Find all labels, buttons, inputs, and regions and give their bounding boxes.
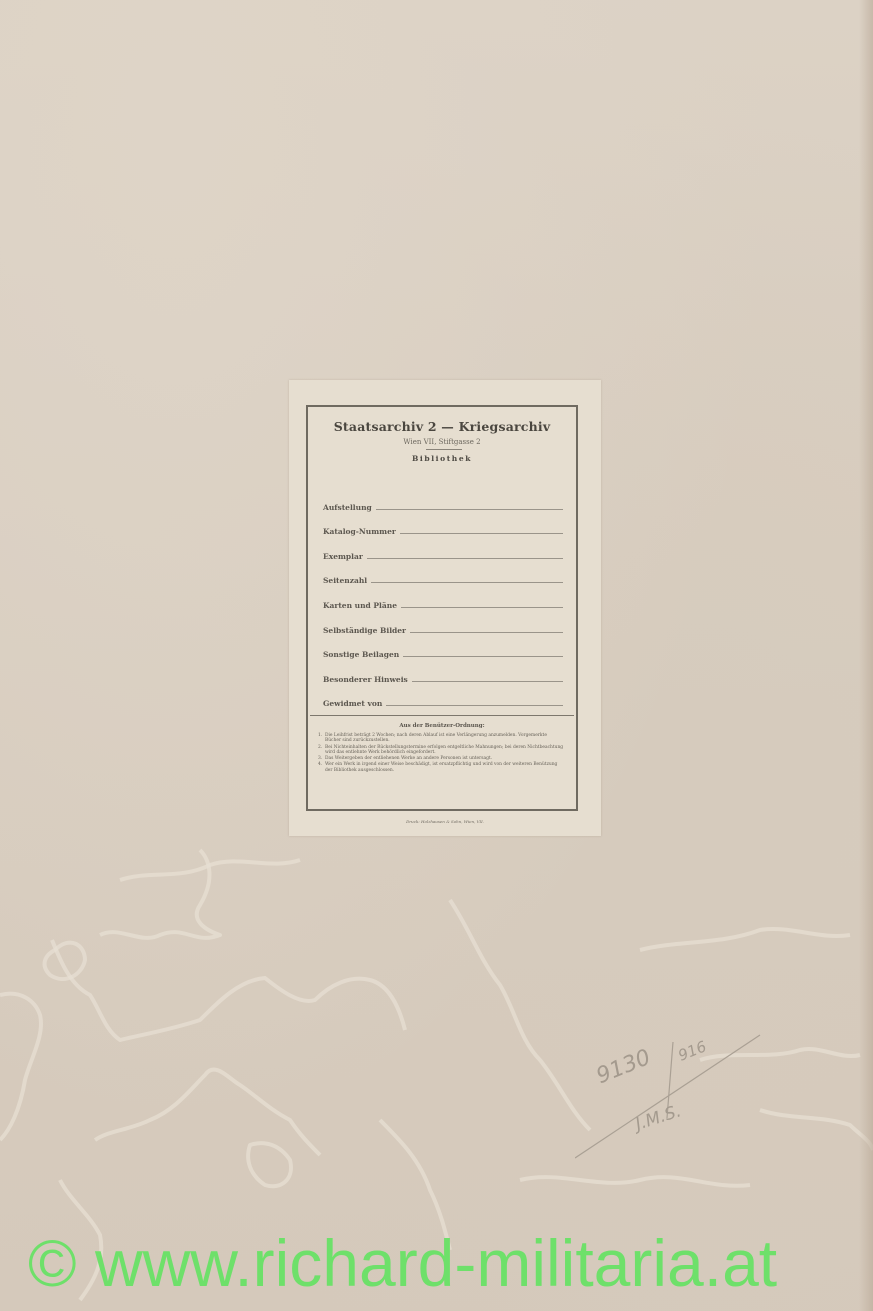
rule-text: Bei Nichteinhalten der Rückstellungsterm… bbox=[325, 745, 564, 756]
title-divider bbox=[426, 449, 462, 450]
label-frame: Staatsarchiv 2 — Kriegsarchiv Wien VII, … bbox=[306, 405, 578, 811]
field-katalog-nummer: Katalog-Nummer bbox=[323, 512, 563, 537]
field-blank-line bbox=[412, 681, 563, 682]
section-name: Bibliothek bbox=[308, 454, 576, 463]
archive-address: Wien VII, Stiftgasse 2 bbox=[308, 438, 576, 446]
rule-item: 1. Die Leihfrist beträgt 2 Wochen; nach … bbox=[318, 733, 564, 744]
field-blank-line bbox=[401, 607, 563, 608]
field-besonderer-hinweis: Besonderer Hinweis bbox=[323, 659, 563, 684]
field-exemplar: Exemplar bbox=[323, 536, 563, 561]
field-label: Besonderer Hinweis bbox=[323, 675, 412, 684]
rule-number: 3. bbox=[318, 756, 325, 761]
rule-number: 4. bbox=[318, 762, 325, 773]
field-blank-line bbox=[403, 656, 563, 657]
field-blank-line bbox=[371, 582, 563, 583]
field-blank-line bbox=[400, 533, 563, 534]
field-label: Exemplar bbox=[323, 552, 367, 561]
field-label: Selbständige Bilder bbox=[323, 626, 410, 635]
field-label: Sonstige Beilagen bbox=[323, 650, 403, 659]
catalog-fields: Aufstellung Katalog-Nummer Exemplar Seit… bbox=[323, 487, 563, 708]
field-blank-line bbox=[367, 558, 563, 559]
user-rules-list: 1. Die Leihfrist beträgt 2 Wochen; nach … bbox=[318, 733, 564, 774]
page-edge-shadow bbox=[859, 0, 873, 1311]
field-gewidmet-von: Gewidmet von bbox=[323, 684, 563, 709]
rules-divider bbox=[310, 715, 574, 716]
field-selbstaendige-bilder: Selbständige Bilder bbox=[323, 610, 563, 635]
field-label: Karten und Pläne bbox=[323, 601, 401, 610]
field-karten-und-plaene: Karten und Pläne bbox=[323, 585, 563, 610]
field-label: Gewidmet von bbox=[323, 699, 386, 708]
field-label: Aufstellung bbox=[323, 503, 376, 512]
library-label-card: Staatsarchiv 2 — Kriegsarchiv Wien VII, … bbox=[289, 380, 601, 836]
field-label: Seitenzahl bbox=[323, 576, 371, 585]
rule-number: 1. bbox=[318, 733, 325, 744]
field-label: Katalog-Nummer bbox=[323, 527, 400, 536]
rules-title: Aus der Benützer-Ordnung: bbox=[308, 723, 576, 729]
field-aufstellung: Aufstellung bbox=[323, 487, 563, 512]
archive-title: Staatsarchiv 2 — Kriegsarchiv bbox=[308, 419, 576, 434]
field-sonstige-beilagen: Sonstige Beilagen bbox=[323, 635, 563, 660]
rule-text: Wer ein Werk in irgend einer Weise besch… bbox=[325, 762, 564, 773]
rule-item: 4. Wer ein Werk in irgend einer Weise be… bbox=[318, 762, 564, 773]
rule-number: 2. bbox=[318, 745, 325, 756]
rule-item: 2. Bei Nichteinhalten der Rückstellungst… bbox=[318, 745, 564, 756]
rule-text: Das Weitergeben der entliehenen Werke an… bbox=[325, 756, 492, 761]
field-seitenzahl: Seitenzahl bbox=[323, 561, 563, 586]
field-blank-line bbox=[410, 632, 563, 633]
rule-text: Die Leihfrist beträgt 2 Wochen; nach der… bbox=[325, 733, 564, 744]
copyright-watermark: © www.richard-militaria.at bbox=[28, 1228, 777, 1298]
rule-item: 3. Das Weitergeben der entliehenen Werke… bbox=[318, 756, 564, 761]
field-blank-line bbox=[376, 509, 563, 510]
printer-imprint: Druck: Holzhausen & Sohn, Wien, VII. bbox=[289, 819, 601, 824]
field-blank-line bbox=[386, 705, 563, 706]
